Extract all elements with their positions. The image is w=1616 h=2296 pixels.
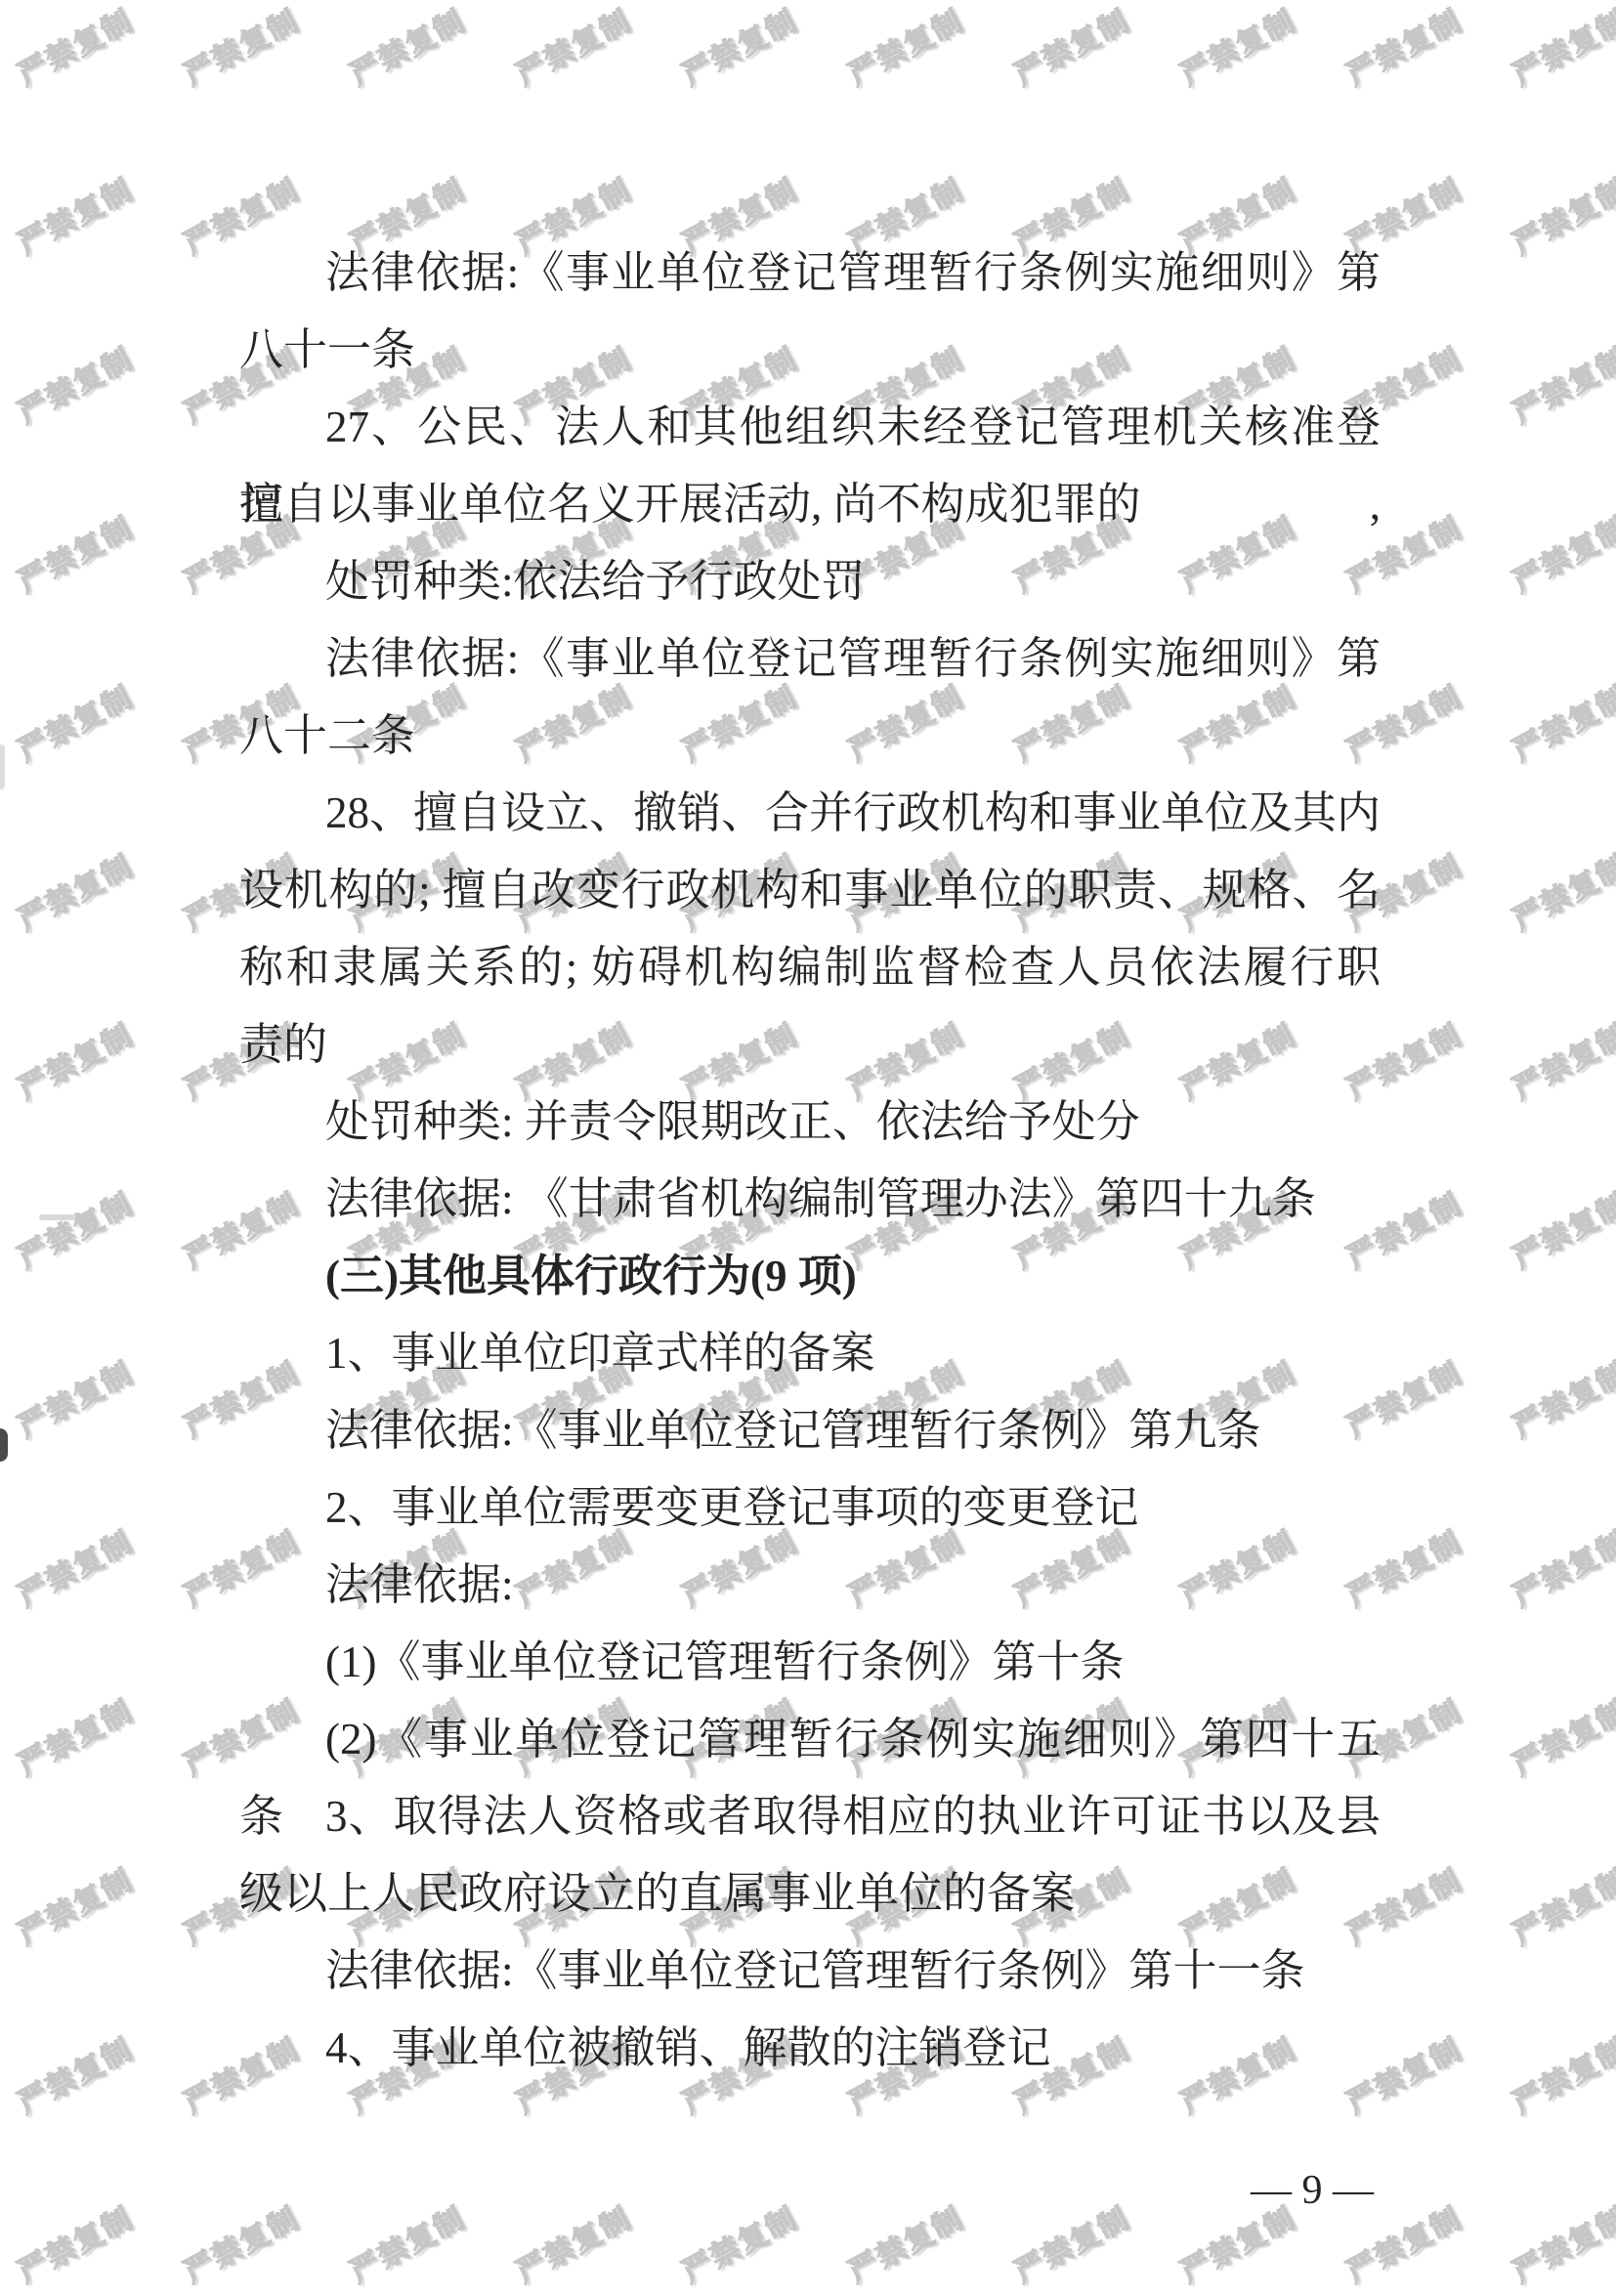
copy-forbidden-watermark: 严禁复制 (1504, 1687, 1616, 1784)
scan-artifact-blob (0, 1428, 8, 1462)
text-line: 法律依据:《事业单位登记管理暂行条例》第十一条 (239, 1933, 1381, 2010)
text-line: 处罚种类: 并责令限期改正、依法给予处分 (239, 1084, 1381, 1161)
copy-forbidden-watermark: 严禁复制 (9, 1349, 140, 1446)
copy-forbidden-watermark: 严禁复制 (1504, 335, 1616, 432)
copy-forbidden-watermark: 严禁复制 (1504, 1349, 1616, 1446)
copy-forbidden-watermark: 严禁复制 (9, 335, 140, 432)
copy-forbidden-watermark: 严禁复制 (175, 2194, 306, 2291)
copy-forbidden-watermark: 严禁复制 (1504, 1518, 1616, 1615)
copy-forbidden-watermark: 严禁复制 (1504, 842, 1616, 939)
copy-forbidden-watermark: 严禁复制 (9, 0, 140, 93)
copy-forbidden-watermark: 严禁复制 (9, 673, 140, 770)
copy-forbidden-watermark: 严禁复制 (1504, 2194, 1616, 2291)
copy-forbidden-watermark: 严禁复制 (341, 0, 472, 93)
copy-forbidden-watermark: 严禁复制 (673, 2194, 804, 2291)
text-line: 28、擅自设立、撤销、合并行政机构和事业单位及其内 (239, 775, 1381, 852)
copy-forbidden-watermark: 严禁复制 (9, 166, 140, 263)
copy-forbidden-watermark: 严禁复制 (9, 1518, 140, 1615)
copy-forbidden-watermark: 严禁复制 (1338, 0, 1468, 93)
copy-forbidden-watermark: 严禁复制 (507, 0, 638, 93)
text-line: 法律依据: (239, 1547, 1381, 1624)
document-text: 法律依据:《事业单位登记管理暂行条例实施细则》第八十一条27、公民、法人和其他组… (239, 234, 1381, 2087)
text-line: 级以上人民政府设立的直属事业单位的备案 (239, 1855, 1381, 1933)
copy-forbidden-watermark: 严禁复制 (673, 0, 804, 93)
text-line: 处罚种类:依法给予行政处罚 (239, 543, 1381, 620)
copy-forbidden-watermark: 严禁复制 (1504, 166, 1616, 263)
copy-forbidden-watermark: 严禁复制 (839, 0, 970, 93)
copy-forbidden-watermark: 严禁复制 (1504, 1180, 1616, 1277)
copy-forbidden-watermark: 严禁复制 (1005, 0, 1136, 93)
copy-forbidden-watermark: 严禁复制 (9, 504, 140, 601)
text-line: (1)《事业单位登记管理暂行条例》第十条 (239, 1624, 1381, 1701)
text-line: 2、事业单位需要变更登记事项的变更登记 (239, 1469, 1381, 1547)
text-line: 责的 (239, 1006, 1381, 1084)
text-line: 4、事业单位被撤销、解散的注销登记 (239, 2010, 1381, 2087)
copy-forbidden-watermark: 严禁复制 (1504, 0, 1616, 93)
copy-forbidden-watermark: 严禁复制 (9, 1011, 140, 1108)
text-line: 八十二条 (239, 698, 1381, 775)
copy-forbidden-watermark: 严禁复制 (1171, 0, 1302, 93)
text-line: 27、公民、法人和其他组织未经登记管理机关核准登记, (239, 389, 1381, 466)
copy-forbidden-watermark: 严禁复制 (839, 2194, 970, 2291)
copy-forbidden-watermark: 严禁复制 (1504, 2025, 1616, 2122)
copy-forbidden-watermark: 严禁复制 (1005, 2194, 1136, 2291)
text-line: 3、取得法人资格或者取得相应的执业许可证书以及县 (239, 1778, 1381, 1855)
text-line: 法律依据:《事业单位登记管理暂行条例》第九条 (239, 1392, 1381, 1469)
copy-forbidden-watermark: 严禁复制 (9, 842, 140, 939)
copy-forbidden-watermark: 严禁复制 (9, 2194, 140, 2291)
text-line: 设机构的; 擅自改变行政机构和事业单位的职责、规格、名 (239, 852, 1381, 929)
scan-artifact-speck (0, 744, 5, 789)
copy-forbidden-watermark: 严禁复制 (507, 2194, 638, 2291)
text-line: 法律依据:《事业单位登记管理暂行条例实施细则》第 (239, 234, 1381, 312)
copy-forbidden-watermark: 严禁复制 (1504, 504, 1616, 601)
document-page: 严禁复制严禁复制严禁复制严禁复制严禁复制严禁复制严禁复制严禁复制严禁复制严禁复制… (0, 0, 1616, 2296)
scan-artifact-dash (39, 1214, 76, 1220)
page-number: — 9 — (1251, 2167, 1374, 2214)
copy-forbidden-watermark: 严禁复制 (9, 1687, 140, 1784)
text-line: 称和隶属关系的; 妨碍机构编制监督检查人员依法履行职 (239, 929, 1381, 1006)
copy-forbidden-watermark: 严禁复制 (9, 1180, 140, 1277)
text-line: 法律依据: 《甘肃省机构编制管理办法》第四十九条 (239, 1161, 1381, 1238)
text-line: (三)其他具体行政行为(9 项) (239, 1238, 1381, 1315)
copy-forbidden-watermark: 严禁复制 (9, 2025, 140, 2122)
text-line: (2)《事业单位登记管理暂行条例实施细则》第四十五条 (239, 1701, 1381, 1778)
copy-forbidden-watermark: 严禁复制 (1504, 673, 1616, 770)
copy-forbidden-watermark: 严禁复制 (1504, 1011, 1616, 1108)
text-line: 1、事业单位印章式样的备案 (239, 1315, 1381, 1392)
copy-forbidden-watermark: 严禁复制 (341, 2194, 472, 2291)
copy-forbidden-watermark: 严禁复制 (1504, 1856, 1616, 1953)
copy-forbidden-watermark: 严禁复制 (9, 1856, 140, 1953)
text-line: 八十一条 (239, 312, 1381, 389)
text-line: 法律依据:《事业单位登记管理暂行条例实施细则》第 (239, 620, 1381, 698)
copy-forbidden-watermark: 严禁复制 (175, 0, 306, 93)
